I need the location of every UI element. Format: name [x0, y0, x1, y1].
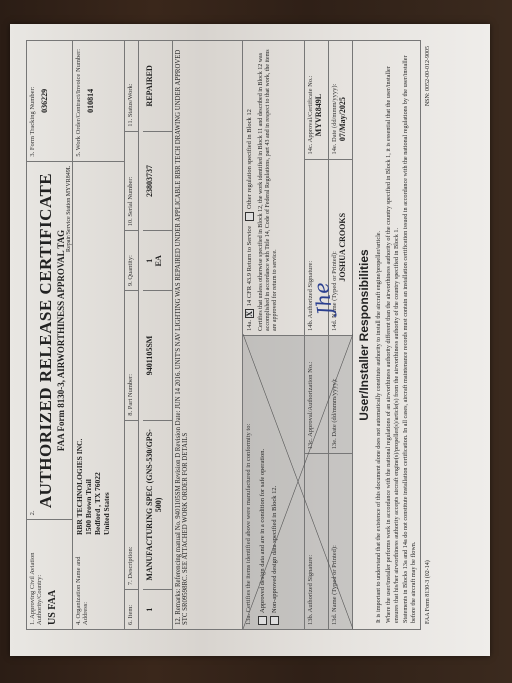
option-return-to-service: 14 CFR 43.9 Return to Service — [246, 226, 253, 307]
block-12-remarks: 12. Remarks: Referencing manual No. 9401… — [173, 41, 242, 629]
block-14-section: 14a. X14 CFR 43.9 Return to Service Othe… — [243, 41, 352, 335]
form-footer: FAA Form 8130-3 (02-14) NSN: 0052-00-012… — [425, 40, 431, 630]
responsibility-paragraph-2: Where the user/installer performs work i… — [385, 47, 401, 623]
signer-name: JOSHUA CROOKS — [338, 164, 347, 331]
block-13e-label: 13e. Date (dd/mmm/yyyy): — [329, 374, 353, 453]
table-row: 1 MANUFACTURING SPEC (GNS-530/GPS-500) 9… — [138, 40, 172, 630]
block-14b: 14b. Authorized Signature: Jhe — [305, 159, 328, 335]
block-1-label: 1. Approving Civil Aviation Authority/Co… — [29, 524, 43, 625]
checkbox-other-regulation[interactable] — [245, 212, 254, 221]
document-paper: 1. Approving Civil Aviation Authority/Co… — [10, 24, 490, 656]
user-installer-responsibilities: User/Installer Responsibilities It is im… — [352, 40, 421, 630]
checkbox-non-approved-design[interactable] — [270, 616, 279, 625]
block-5: 5. Work Order/Contract/Invoice Number: 0… — [73, 41, 124, 161]
block-5-label: 5. Work Order/Contract/Invoice Number: — [75, 45, 82, 157]
form-tracking-number: 036229 — [40, 45, 49, 157]
option-approved-design: Approved design data and are in a condit… — [259, 449, 266, 613]
certificate-subtitle: FAA Form 8130-3, AIRWORTHINESS APPROVAL … — [56, 166, 66, 516]
block-13d-label: 13d. Name (Typed or Printed): — [329, 453, 353, 629]
header-description: 7. Description: — [125, 420, 138, 589]
nsn-number: NSN: 0052-00-012-9005 — [425, 46, 431, 106]
authorized-signature: Jhe — [309, 281, 337, 317]
responsibilities-title: User/Installer Responsibilities — [357, 41, 371, 629]
work-order-number: 010814 — [86, 45, 95, 157]
header-status: 11. Status/Work: — [125, 41, 138, 131]
header-serial: 10. Serial Number: — [125, 131, 138, 231]
item-quantity: 1 EA — [143, 230, 172, 290]
faa-form-8130-3: 1. Approving Civil Aviation Authority/Co… — [26, 40, 466, 630]
item-number: 1 — [143, 589, 172, 629]
responsibility-paragraph-3: Statements in Blocks 13a and 14a do not … — [402, 47, 418, 623]
block-1-value: US FAA — [47, 524, 58, 625]
option-non-approved-design: Non-approved design data specified in Bl… — [271, 486, 278, 613]
header-part-number: 8. Part Number: — [125, 290, 138, 420]
quantity-value: 1 — [145, 235, 154, 286]
station-number: Repair/Service Station MYVR849L — [66, 166, 72, 516]
responsibility-paragraph-1: It is important to understand that the e… — [375, 47, 383, 623]
item-part-number: 9401105SM — [143, 290, 172, 420]
block-14a-label: 14a. — [246, 320, 253, 331]
checkbox-approved-design[interactable] — [258, 616, 267, 625]
block-4: 4. Organization Name and Address: RBR TE… — [73, 161, 124, 629]
block-14e: 14e. Date (dd/mmm/yyyy): 07/May/2025 — [329, 80, 353, 159]
org-name: RBR TECHNOLOGIES INC. — [75, 439, 84, 535]
block-14c-label: 14c. Approval/Certificate No.: — [307, 76, 314, 155]
remarks-text: Referencing manual No. 9401105SM Revisio… — [175, 50, 189, 625]
block-3-label: 3. Form Tracking Number: — [29, 45, 36, 157]
item-serial: 23803737 — [143, 131, 172, 231]
header-quantity: 9. Quantity: — [125, 230, 138, 290]
block-13a-label: 13a. Certifies the items identified abov… — [245, 340, 252, 625]
block-13-section: 13a. Certifies the items identified abov… — [243, 335, 352, 629]
org-country: United States — [102, 439, 111, 535]
org-city: Bedford , TX 76022 — [93, 439, 102, 535]
block-3: 3. Form Tracking Number: 036229 — [27, 41, 72, 161]
block-14c: 14c. Approval/Certificate No.: MYVR849L — [305, 72, 328, 159]
item-status: REPAIRED — [143, 41, 172, 131]
block-2-label: 2. — [29, 166, 36, 516]
certificate-title: AUTHORIZED RELEASE CERTIFICATE — [36, 166, 56, 516]
remarks-label: 12. Remarks: — [175, 589, 182, 625]
block-13c-label: 13c. Approval/Authorization No.: — [305, 357, 328, 453]
option-other-regulation: Other regulation specified in Block 12 — [246, 109, 253, 209]
item-description: MANUFACTURING SPEC (GNS-530/GPS-500) — [143, 420, 172, 589]
certificate-number: MYVR849L — [314, 76, 323, 155]
checkbox-return-to-service[interactable]: X — [245, 309, 254, 318]
block-14a-text: Certifies that unless otherwise specifie… — [258, 45, 280, 331]
signed-date: 07/May/2025 — [338, 84, 347, 155]
org-street: 1500 Brown Trail — [84, 439, 93, 535]
block-1: 1. Approving Civil Aviation Authority/Co… — [27, 519, 72, 629]
block-14e-label: 14e. Date (dd/mmm/yyyy): — [331, 84, 338, 155]
block-13b-label: 13b. Authorized Signature: — [305, 453, 328, 629]
block-4-label: 4. Organization Name and Address: — [75, 535, 122, 625]
header-item: 6. Item: — [125, 589, 138, 629]
form-number: FAA Form 8130-3 (02-14) — [425, 560, 431, 624]
block-2: 2. AUTHORIZED RELEASE CERTIFICATE FAA Fo… — [27, 161, 72, 520]
quantity-unit: EA — [154, 235, 163, 286]
